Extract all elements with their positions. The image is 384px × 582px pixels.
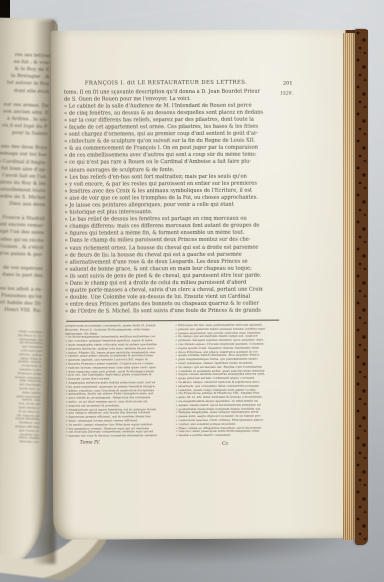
section-rule [66, 320, 279, 322]
latin-text-line: « laevam est rosa & duobus Leopardis alt… [66, 434, 169, 438]
backdrop-fold [61, 0, 260, 26]
body-text-line: tems. Il en fit une sçavante description… [64, 88, 282, 96]
book-photo-scene: res ses lettresne fut ; & vou-& le Roy d… [0, 0, 384, 582]
recto-page: FRANÇOIS I. dit LE RESTAURATEUR DES LETT… [51, 29, 349, 540]
latin-column-right: « Principes illi duo sese perhumaniter i… [175, 324, 282, 438]
body-text-line: « de l'Ordre de S. Michel. Ils sont suiv… [65, 308, 283, 316]
cover-board-edge [355, 29, 368, 545]
backdrop-fold [227, 0, 354, 28]
volume-signature: Tome IV. [80, 441, 100, 446]
running-head: FRANÇOIS I. dit LE RESTAURATEUR DES LETT… [65, 80, 267, 87]
body-text-french: tems. Il en fit une sçavante description… [64, 88, 283, 316]
latin-text-line: « menta a peritis merito censeatur. [176, 434, 282, 438]
quire-signature: Cc [222, 441, 229, 447]
latin-column-left: scriptionem accuratam concinnavit, quam … [65, 324, 169, 438]
body-text-line: « ce qui n'est pas rare à Rouen où le Ca… [64, 159, 282, 167]
page-number: 201 [283, 81, 293, 87]
